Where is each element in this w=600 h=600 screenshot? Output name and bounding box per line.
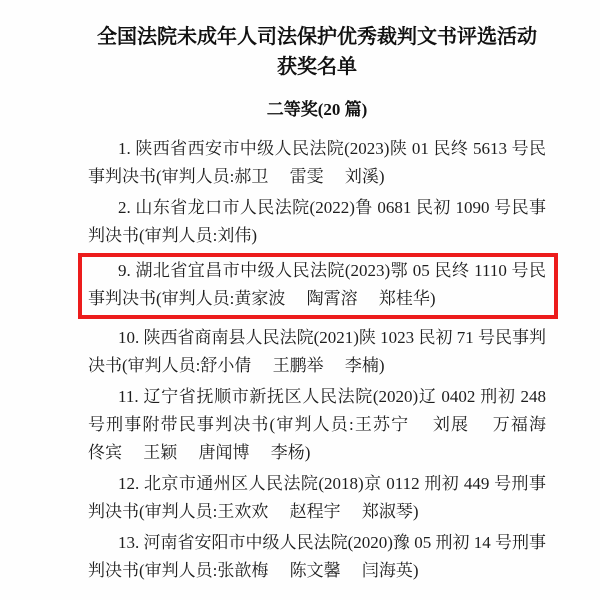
award-entry-13: 13. 河南省安阳市中级人民法院(2020)豫 05 刑初 14 号刑事判决书(… [88,529,546,585]
award-entry-2: 2. 山东省龙口市人民法院(2022)鲁 0681 民初 1090 号民事判决书… [88,194,546,250]
award-entry-1: 1. 陕西省西安市中级人民法院(2023)陕 01 民终 5613 号民事判决书… [88,135,546,191]
award-entry-9-highlighted: 9. 湖北省宜昌市中级人民法院(2023)鄂 05 民终 1110 号民事判决书… [88,257,546,313]
award-entry-11: 11. 辽宁省抚顺市新抚区人民法院(2020)辽 0402 刑初 248 号刑事… [88,383,546,467]
page-title-line-2: 获奖名单 [88,52,546,82]
award-entries-list: 1. 陕西省西安市中级人民法院(2023)陕 01 民终 5613 号民事判决书… [88,135,546,585]
award-entry-10: 10. 陕西省商南县人民法院(2021)陕 1023 民初 71 号民事判决书(… [88,324,546,380]
award-list-document: 全国法院未成年人司法保护优秀裁判文书评选活动 获奖名单 二等奖(20 篇) 1.… [0,0,600,585]
highlight-box: 9. 湖北省宜昌市中级人民法院(2023)鄂 05 民终 1110 号民事判决书… [78,253,558,319]
award-entry-12: 12. 北京市通州区人民法院(2018)京 0112 刑初 449 号刑事判决书… [88,470,546,526]
page-title-line-1: 全国法院未成年人司法保护优秀裁判文书评选活动 [88,22,546,52]
page-title: 全国法院未成年人司法保护优秀裁判文书评选活动 获奖名单 [88,22,546,82]
section-heading-second-prize: 二等奖(20 篇) [88,99,546,121]
document-page: 全国法院未成年人司法保护优秀裁判文书评选活动 获奖名单 二等奖(20 篇) 1.… [0,0,600,600]
